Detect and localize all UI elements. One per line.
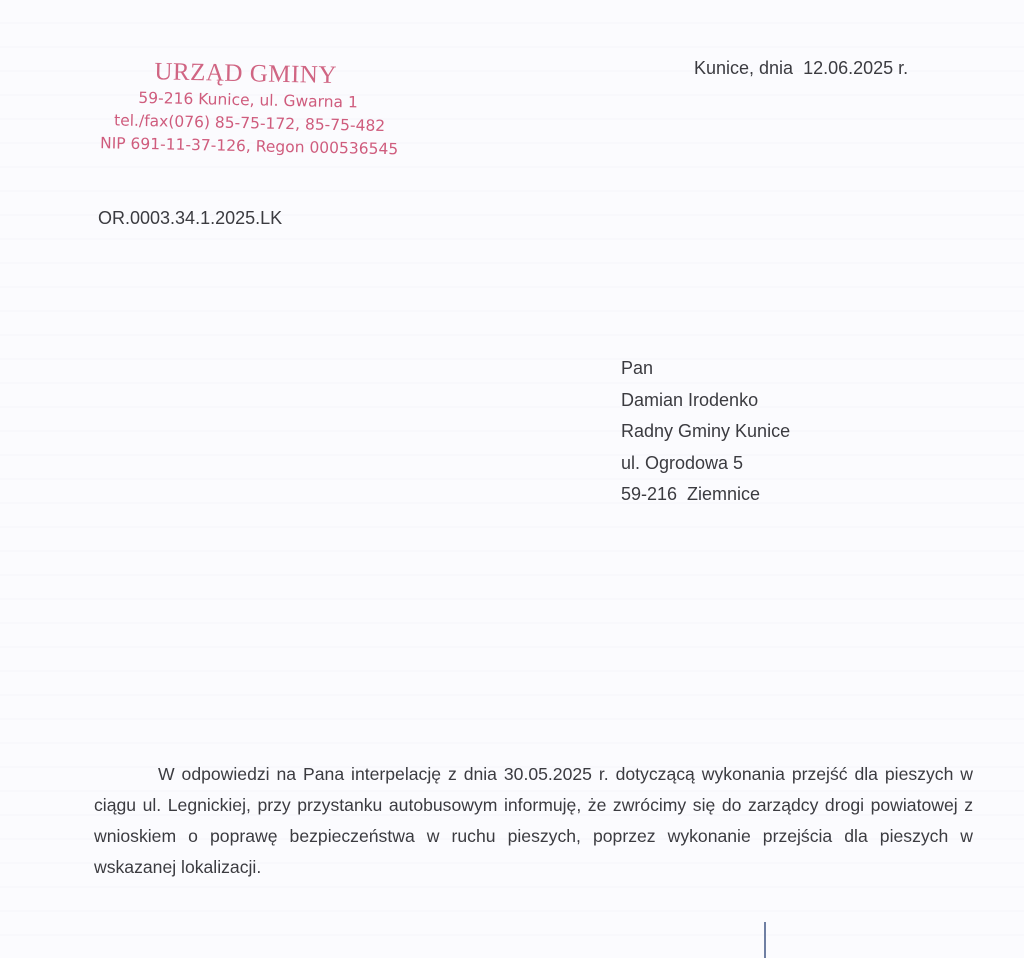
recipient-street: ul. Ogrodowa 5 — [621, 450, 790, 482]
recipient-name: Damian Irodenko — [621, 387, 790, 419]
recipient-postal-city: 59-216 Ziemnice — [621, 481, 790, 513]
recipient-salutation: Pan — [621, 355, 790, 387]
letter-page: URZĄD GMINY 59-216 Kunice, ul. Gwarna 1 … — [0, 0, 1024, 958]
recipient-address-block: Pan Damian Irodenko Radny Gminy Kunice u… — [621, 355, 790, 513]
letter-body: W odpowiedzi na Pana interpelację z dnia… — [94, 759, 973, 883]
scan-margin-mark — [764, 922, 766, 958]
reference-number: OR.0003.34.1.2025.LK — [98, 208, 282, 229]
recipient-position: Radny Gminy Kunice — [621, 418, 790, 450]
office-stamp: URZĄD GMINY 59-216 Kunice, ul. Gwarna 1 … — [94, 56, 406, 161]
body-paragraph: W odpowiedzi na Pana interpelację z dnia… — [94, 759, 973, 883]
letter-date: Kunice, dnia 12.06.2025 r. — [694, 58, 908, 79]
